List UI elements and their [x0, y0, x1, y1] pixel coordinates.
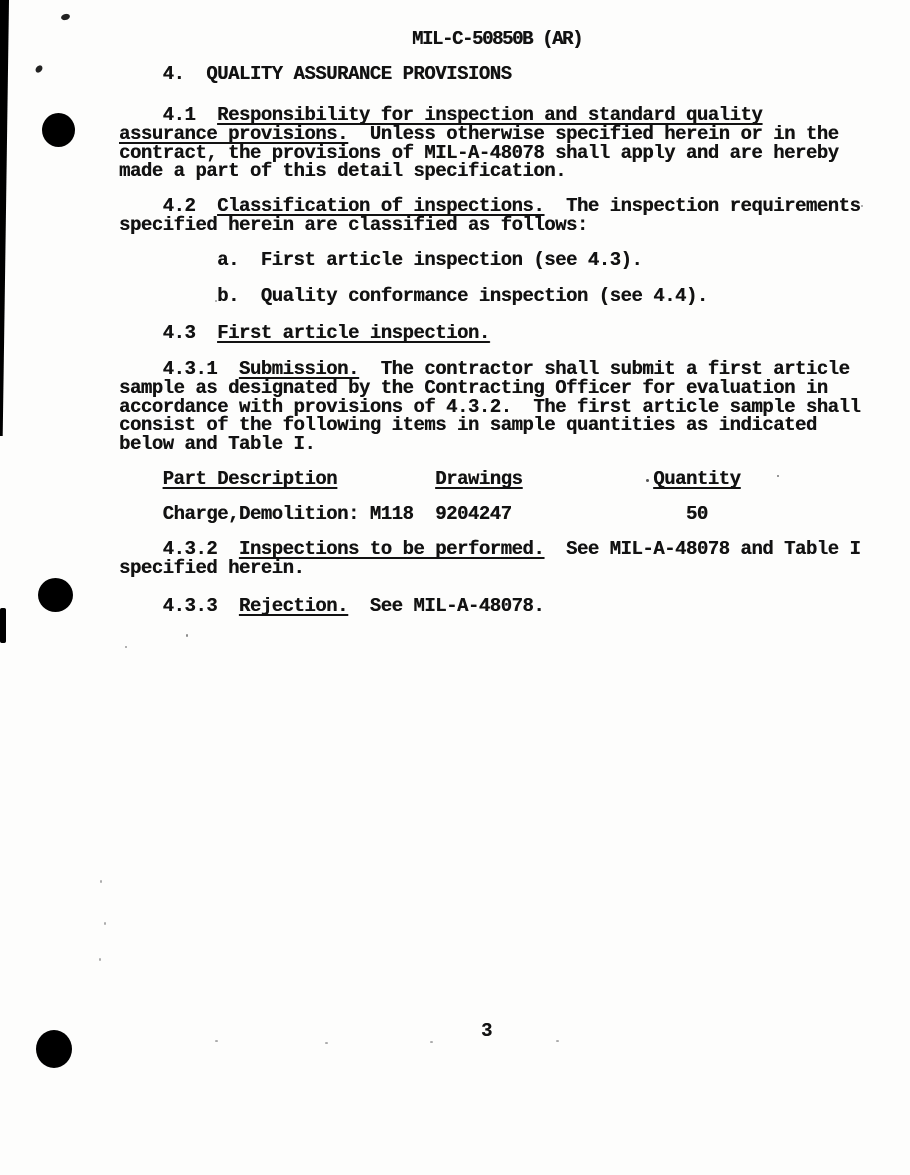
- para-4-3: 4.3 First article inspection.: [119, 324, 490, 343]
- text-segment: [522, 468, 653, 490]
- text-line: specified herein are classified as follo…: [119, 216, 860, 235]
- text-line: made a part of this detail specification…: [119, 162, 839, 181]
- underlined-text: Drawings: [435, 468, 522, 490]
- text-line: 4. QUALITY ASSURANCE PROVISIONS: [119, 65, 511, 84]
- text-segment: b. Quality conformance inspection (see 4…: [119, 285, 708, 307]
- page-number: 3: [481, 1020, 492, 1042]
- hole-punch-mark: [38, 578, 73, 612]
- text-segment: Charge,Demolition: M118 9204247 50: [119, 503, 708, 525]
- text-segment: 4. QUALITY ASSURANCE PROVISIONS: [119, 63, 511, 85]
- text-segment: [337, 468, 435, 490]
- table-data-row: Charge,Demolition: M118 9204247 50: [119, 505, 708, 524]
- text-segment: a. First article inspection (see 4.3).: [119, 249, 642, 271]
- list-item-b: b. Quality conformance inspection (see 4…: [119, 287, 708, 306]
- text-segment: 4.3.3: [119, 595, 239, 617]
- list-item-a: a. First article inspection (see 4.3).: [119, 251, 642, 270]
- scan-speck: [556, 1040, 559, 1042]
- para-4-2: 4.2 Classification of inspections. The i…: [119, 197, 860, 235]
- underlined-text: First article inspection.: [217, 322, 490, 344]
- scan-speck: [646, 479, 649, 482]
- scan-edge-bar: [0, 0, 9, 436]
- scan-speck: [99, 958, 101, 961]
- para-4-3-2: 4.3.2 Inspections to be performed. See M…: [119, 540, 860, 578]
- underlined-text: Rejection.: [239, 595, 348, 617]
- scan-speck: [60, 13, 70, 21]
- text-line: specified herein.: [119, 559, 860, 578]
- text-line: b. Quality conformance inspection (see 4…: [119, 287, 708, 306]
- scan-edge-mark: [0, 608, 6, 643]
- underlined-text: Quantity: [653, 468, 740, 490]
- text-segment: See MIL-A-48078 and Table I: [544, 538, 860, 560]
- scan-speck: [325, 1042, 328, 1044]
- text-segment: specified herein are classified as follo…: [119, 214, 588, 236]
- scan-speck: [861, 205, 863, 207]
- text-line: below and Table I.: [119, 435, 860, 454]
- text-segment: The inspection requirements: [544, 195, 860, 217]
- para-4-3-1: 4.3.1 Submission. The contractor shall s…: [119, 360, 860, 454]
- text-segment: See MIL-A-48078.: [348, 595, 544, 617]
- scan-speck: [34, 64, 44, 74]
- text-line: 4.3.3 Rejection. See MIL-A-48078.: [119, 597, 544, 616]
- text-segment: 4.3: [119, 322, 217, 344]
- scanned-document-page: MIL-C-50850B (AR) 4. QUALITY ASSURANCE P…: [0, 0, 910, 1175]
- text-segment: made a part of this detail specification…: [119, 160, 566, 182]
- scan-speck: [430, 1041, 433, 1043]
- scan-speck: [100, 880, 102, 883]
- text-line: a. First article inspection (see 4.3).: [119, 251, 642, 270]
- text-segment: specified herein.: [119, 557, 304, 579]
- text-line: 4.3 First article inspection.: [119, 324, 490, 343]
- scan-speck: [215, 300, 217, 302]
- document-number-header: MIL-C-50850B (AR): [412, 28, 582, 50]
- text-segment: below and Table I.: [119, 433, 315, 455]
- hole-punch-mark: [42, 113, 75, 147]
- section-4-heading: 4. QUALITY ASSURANCE PROVISIONS: [119, 65, 511, 84]
- scan-speck: [777, 475, 779, 477]
- para-4-1: 4.1 Responsibility for inspection and st…: [119, 106, 839, 181]
- hole-punch-mark: [36, 1030, 72, 1068]
- scan-speck: [215, 1040, 218, 1042]
- text-segment: [119, 468, 163, 490]
- scan-speck: [104, 922, 106, 925]
- underlined-text: Part Description: [163, 468, 337, 490]
- scan-speck: [125, 646, 127, 648]
- scan-speck: [186, 634, 188, 637]
- para-4-3-3: 4.3.3 Rejection. See MIL-A-48078.: [119, 597, 544, 616]
- text-line: Charge,Demolition: M118 9204247 50: [119, 505, 708, 524]
